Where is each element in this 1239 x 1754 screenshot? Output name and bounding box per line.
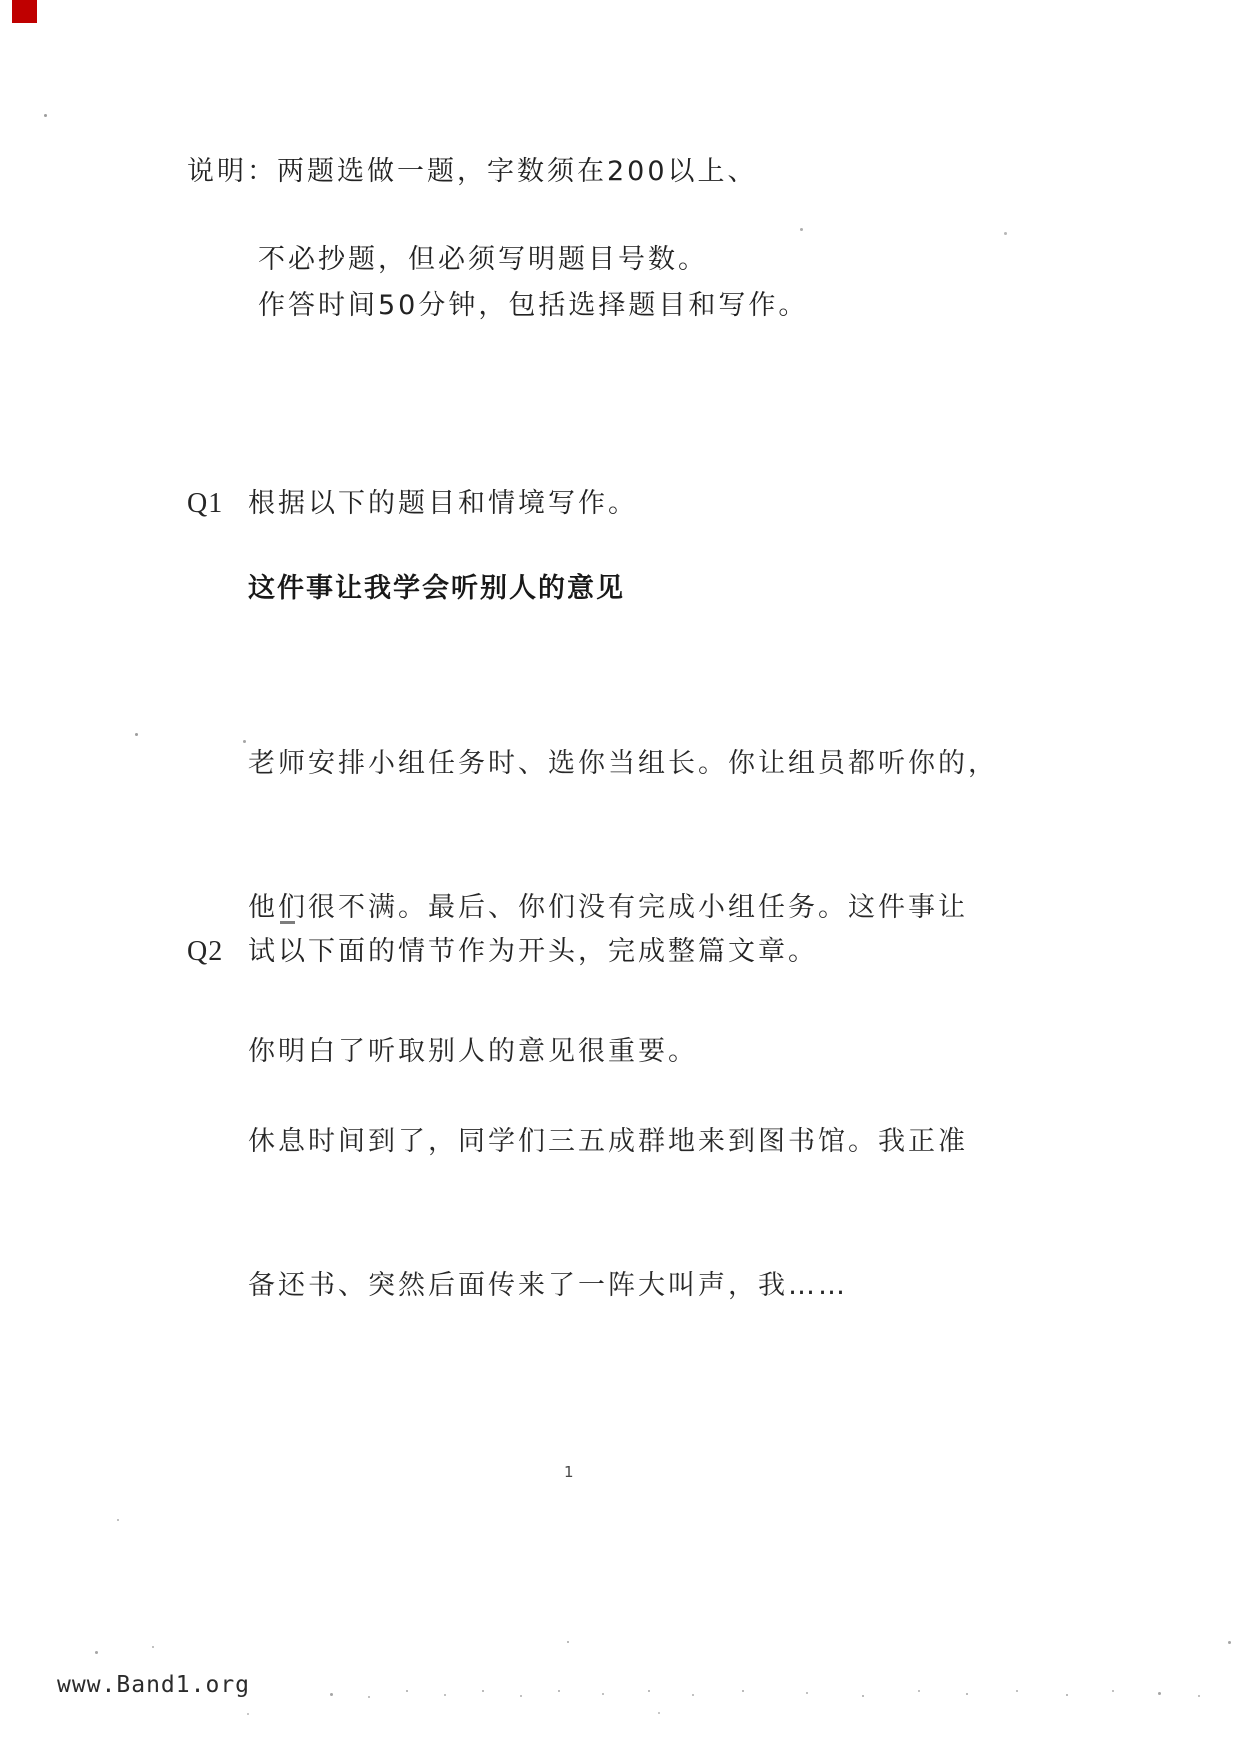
scan-speck (558, 1690, 560, 1692)
scan-speck (658, 1712, 660, 1714)
scan-speck (918, 1690, 920, 1692)
site-watermark: www.Band1.org (57, 1672, 250, 1698)
scan-speck (800, 228, 803, 231)
stray-pen-mark (280, 921, 295, 924)
scan-speck (44, 114, 47, 117)
instructions-line-1: 说明：两题选做一题，字数须在200以上、 (187, 155, 758, 189)
scan-speck (966, 1693, 968, 1695)
scan-speck (152, 1646, 154, 1648)
scan-speck (1198, 1695, 1200, 1697)
question-2-scenario-line-2: 备还书、突然后面传来了一阵大叫声，我…… (248, 1262, 968, 1310)
question-1-label: Q1 (187, 488, 223, 520)
scan-speck (648, 1690, 650, 1692)
question-2-label: Q2 (187, 936, 223, 968)
scan-speck (243, 740, 246, 743)
scan-speck (330, 1693, 333, 1696)
red-corner-mark (12, 0, 37, 23)
question-2-prompt: 试以下面的情节作为开头，完成整篇文章。 (248, 935, 818, 969)
scan-speck (482, 1690, 484, 1692)
instructions-line-3: 作答时间50分钟，包括选择题目和写作。 (258, 289, 808, 323)
page-number: 1 (564, 1463, 574, 1481)
scan-speck (444, 1694, 446, 1696)
scan-speck (1016, 1690, 1018, 1692)
scan-speck (368, 1696, 370, 1698)
question-1-scenario-line-1: 老师安排小组任务时、选你当组长。你让组员都听你的， (248, 740, 998, 788)
scan-speck (862, 1695, 864, 1697)
scan-speck (602, 1693, 604, 1695)
question-2-scenario: 休息时间到了，同学们三五成群地来到图书馆。我正准 备还书、突然后面传来了一阵大叫… (248, 1022, 968, 1406)
scan-speck (742, 1690, 744, 1692)
scan-speck (406, 1690, 408, 1692)
scan-speck (95, 1651, 98, 1654)
scan-speck (692, 1694, 694, 1696)
scan-speck (1112, 1690, 1114, 1692)
exam-paper-page: 说明：两题选做一题，字数须在200以上、 不必抄题，但必须写明题目号数。 作答时… (0, 0, 1239, 1754)
question-1-title: 这件事让我学会听别人的意见 (248, 572, 625, 606)
question-1-scenario-line-2: 他们很不满。最后、你们没有完成小组任务。这件事让 (248, 884, 998, 932)
scan-speck (135, 733, 138, 736)
scan-speck (1158, 1692, 1161, 1695)
scan-speck (567, 1641, 569, 1643)
question-1-prompt: 根据以下的题目和情境写作。 (248, 487, 638, 521)
scan-speck (806, 1692, 808, 1694)
scan-speck (1066, 1694, 1068, 1696)
scan-speck (247, 1713, 249, 1715)
scan-speck (1004, 232, 1007, 235)
question-2-scenario-line-1: 休息时间到了，同学们三五成群地来到图书馆。我正准 (248, 1118, 968, 1166)
scan-speck (520, 1695, 522, 1697)
scan-speck (1228, 1641, 1231, 1644)
instructions-line-2: 不必抄题，但必须写明题目号数。 (258, 243, 708, 277)
scan-speck (117, 1519, 119, 1521)
